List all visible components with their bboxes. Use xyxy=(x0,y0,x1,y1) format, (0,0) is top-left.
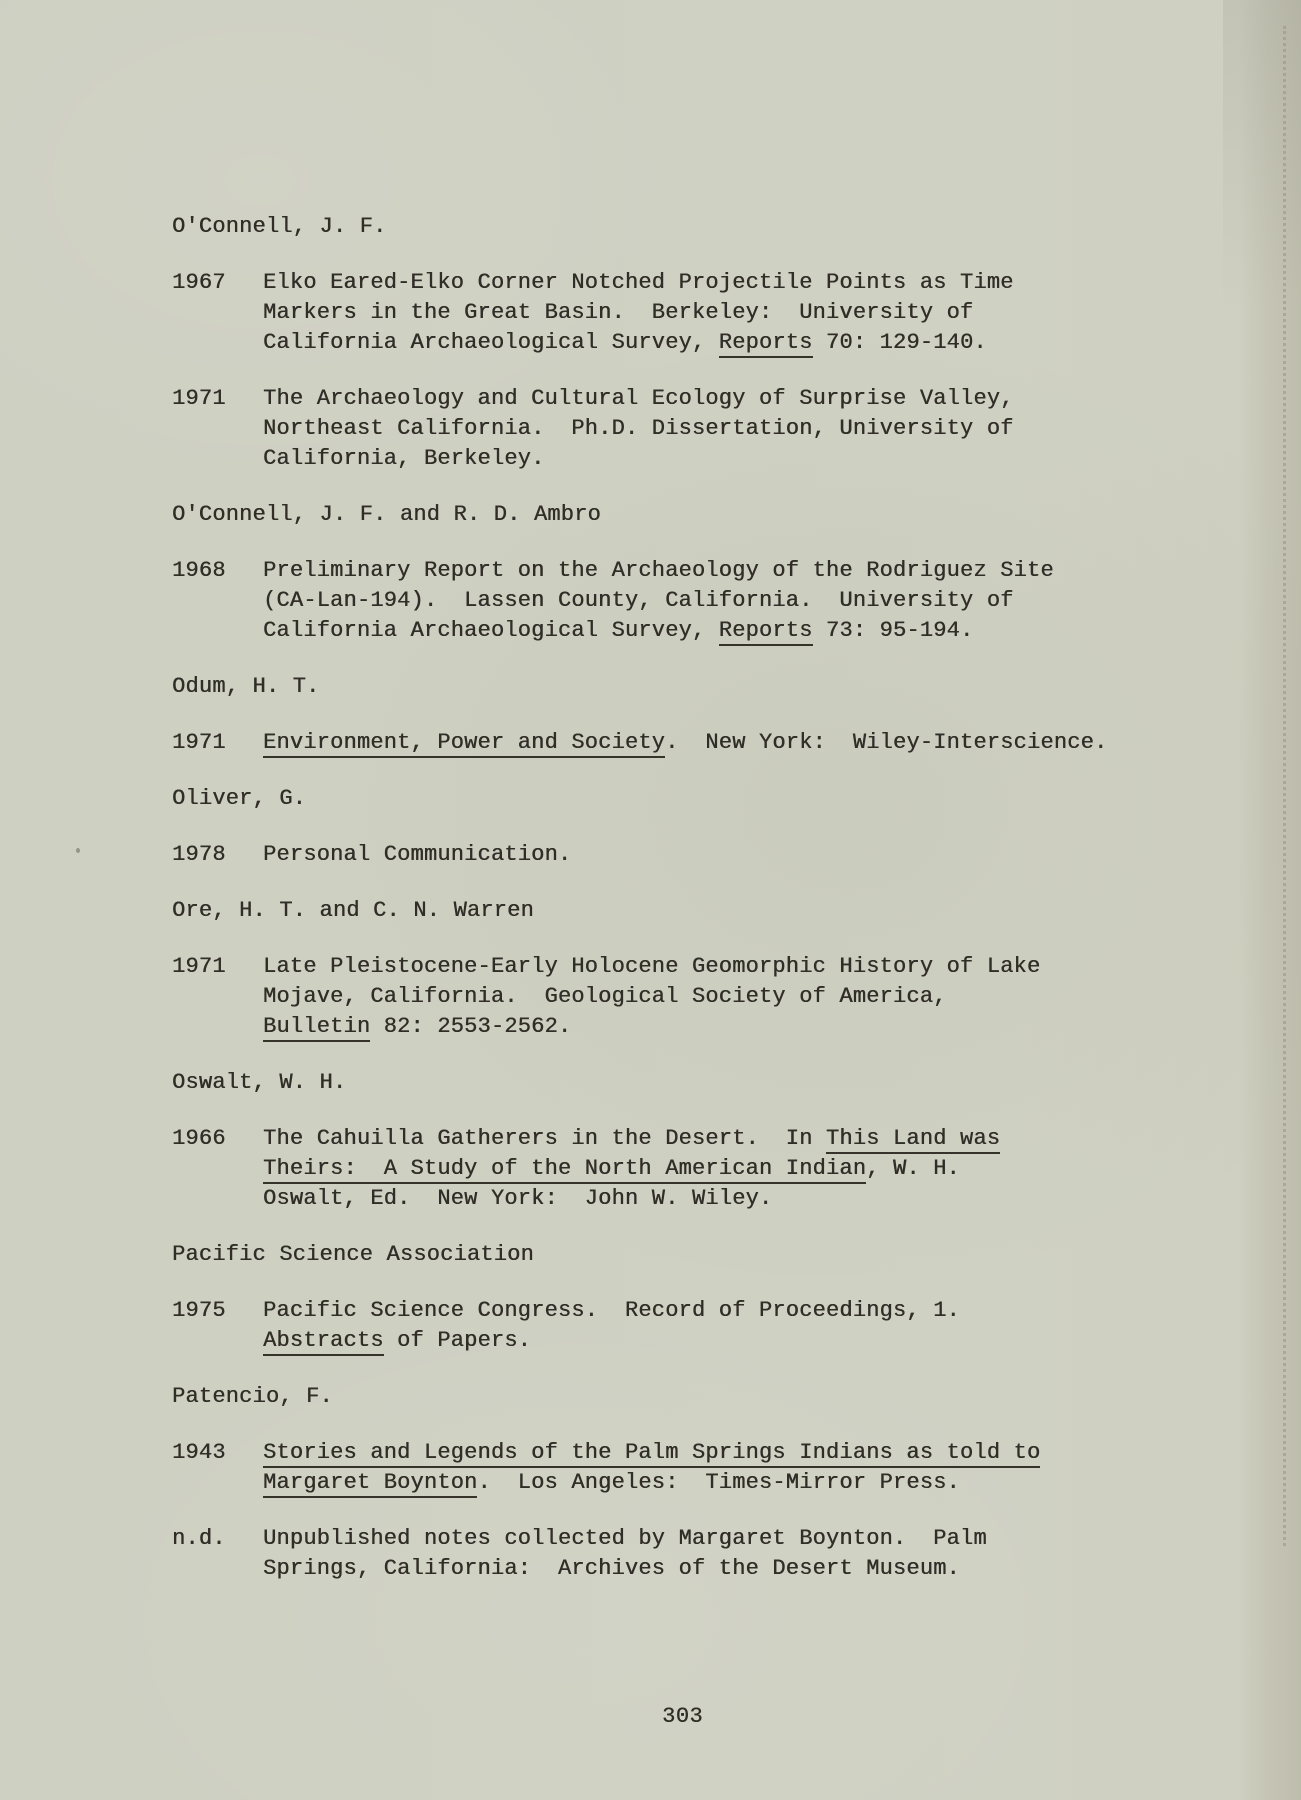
year-label: 1975 xyxy=(172,1296,263,1356)
citation-line: The Archaeology and Cultural Ecology of … xyxy=(263,384,1014,414)
citation-text: Elko Eared-Elko Corner Notched Projectil… xyxy=(263,268,1014,358)
citation-line: Pacific Science Congress. Record of Proc… xyxy=(263,1296,960,1326)
citation-line: Elko Eared-Elko Corner Notched Projectil… xyxy=(263,268,1014,298)
citation-line: Late Pleistocene-Early Holocene Geomorph… xyxy=(263,952,1040,982)
work-entry: 1971Late Pleistocene-Early Holocene Geom… xyxy=(172,952,1232,1042)
citation-text: Preliminary Report on the Archaeology of… xyxy=(263,556,1054,646)
author-line: O'Connell, J. F. and R. D. Ambro xyxy=(172,500,1232,530)
year-label: 1971 xyxy=(172,952,263,1042)
work-entry: n.d.Unpublished notes collected by Marga… xyxy=(172,1524,1232,1584)
citation-line: Bulletin 82: 2553-2562. xyxy=(263,1012,1040,1042)
year-label: 1943 xyxy=(172,1438,263,1498)
year-label: 1966 xyxy=(172,1124,263,1214)
bibliography: O'Connell, J. F.1967Elko Eared-Elko Corn… xyxy=(172,212,1232,1584)
bibliography-entry: Oswalt, W. H.1966The Cahuilla Gatherers … xyxy=(172,1068,1232,1214)
citation-line: The Cahuilla Gatherers in the Desert. In… xyxy=(263,1124,1000,1154)
citation-line: Environment, Power and Society. New York… xyxy=(263,728,1107,758)
bibliography-entry: Oliver, G.1978Personal Communication. xyxy=(172,784,1232,870)
citation-line: California Archaeological Survey, Report… xyxy=(263,616,1054,646)
work-entry: 1967Elko Eared-Elko Corner Notched Proje… xyxy=(172,268,1232,358)
citation-line: (CA-Lan-194). Lassen County, California.… xyxy=(263,586,1054,616)
work-entry: 1978Personal Communication. xyxy=(172,840,1232,870)
citation-text: Environment, Power and Society. New York… xyxy=(263,728,1107,758)
page-number: 303 xyxy=(662,1702,703,1732)
citation-text: Unpublished notes collected by Margaret … xyxy=(263,1524,987,1584)
year-label: n.d. xyxy=(172,1524,263,1584)
citation-line: Margaret Boynton. Los Angeles: Times-Mir… xyxy=(263,1468,1040,1498)
work-entry: 1971The Archaeology and Cultural Ecology… xyxy=(172,384,1232,474)
underlined-title: Bulletin xyxy=(263,1014,370,1042)
citation-line: Oswalt, Ed. New York: John W. Wiley. xyxy=(263,1184,1000,1214)
bibliography-entry: Odum, H. T.1971Environment, Power and So… xyxy=(172,672,1232,758)
year-label: 1978 xyxy=(172,840,263,870)
citation-line: Unpublished notes collected by Margaret … xyxy=(263,1524,987,1554)
citation-line: California Archaeological Survey, Report… xyxy=(263,328,1014,358)
citation-line: Preliminary Report on the Archaeology of… xyxy=(263,556,1054,586)
underlined-title: Reports xyxy=(719,330,813,358)
year-label: 1967 xyxy=(172,268,263,358)
citation-line: Stories and Legends of the Palm Springs … xyxy=(263,1438,1040,1468)
citation-line: Mojave, California. Geological Society o… xyxy=(263,982,1040,1012)
top-right-corner-shade xyxy=(1223,0,1301,310)
citation-text: Stories and Legends of the Palm Springs … xyxy=(263,1438,1040,1498)
author-line: Patencio, F. xyxy=(172,1382,1232,1412)
citation-line: Northeast California. Ph.D. Dissertation… xyxy=(263,414,1014,444)
citation-text: Pacific Science Congress. Record of Proc… xyxy=(263,1296,960,1356)
author-line: Pacific Science Association xyxy=(172,1240,1232,1270)
bibliography-entry: Pacific Science Association1975Pacific S… xyxy=(172,1240,1232,1356)
work-entry: 1943Stories and Legends of the Palm Spri… xyxy=(172,1438,1232,1498)
citation-line: California, Berkeley. xyxy=(263,444,1014,474)
work-entry: 1966The Cahuilla Gatherers in the Desert… xyxy=(172,1124,1232,1214)
underlined-title: Theirs: A Study of the North American In… xyxy=(263,1156,866,1184)
underlined-title: This Land was xyxy=(826,1126,1000,1154)
citation-text: The Archaeology and Cultural Ecology of … xyxy=(263,384,1014,474)
page-binding-seam xyxy=(1283,26,1286,1546)
citation-line: Personal Communication. xyxy=(263,840,571,870)
underlined-title: Reports xyxy=(719,618,813,646)
citation-line: Markers in the Great Basin. Berkeley: Un… xyxy=(263,298,1014,328)
author-line: Ore, H. T. and C. N. Warren xyxy=(172,896,1232,926)
author-line: Oliver, G. xyxy=(172,784,1232,814)
underlined-title: Abstracts xyxy=(263,1328,384,1356)
bibliography-entry: O'Connell, J. F.1967Elko Eared-Elko Corn… xyxy=(172,212,1232,474)
work-entry: 1971Environment, Power and Society. New … xyxy=(172,728,1232,758)
bibliography-entry: Ore, H. T. and C. N. Warren1971Late Plei… xyxy=(172,896,1232,1042)
citation-text: Late Pleistocene-Early Holocene Geomorph… xyxy=(263,952,1040,1042)
citation-line: Springs, California: Archives of the Des… xyxy=(263,1554,987,1584)
work-entry: 1975Pacific Science Congress. Record of … xyxy=(172,1296,1232,1356)
underlined-title: Environment, Power and Society xyxy=(263,730,665,758)
bibliography-entry: O'Connell, J. F. and R. D. Ambro1968Prel… xyxy=(172,500,1232,646)
citation-text: The Cahuilla Gatherers in the Desert. In… xyxy=(263,1124,1000,1214)
author-line: Oswalt, W. H. xyxy=(172,1068,1232,1098)
citation-text: Personal Communication. xyxy=(263,840,571,870)
author-line: Odum, H. T. xyxy=(172,672,1232,702)
work-entry: 1968Preliminary Report on the Archaeolog… xyxy=(172,556,1232,646)
underlined-title: Margaret Boynton xyxy=(263,1470,477,1498)
year-label: 1971 xyxy=(172,728,263,758)
author-line: O'Connell, J. F. xyxy=(172,212,1232,242)
year-label: 1968 xyxy=(172,556,263,646)
underlined-title: Stories and Legends of the Palm Springs … xyxy=(263,1440,1040,1468)
stray-ink-mark xyxy=(76,848,80,853)
bibliography-entry: Patencio, F.1943Stories and Legends of t… xyxy=(172,1382,1232,1584)
year-label: 1971 xyxy=(172,384,263,474)
citation-line: Theirs: A Study of the North American In… xyxy=(263,1154,1000,1184)
citation-line: Abstracts of Papers. xyxy=(263,1326,960,1356)
